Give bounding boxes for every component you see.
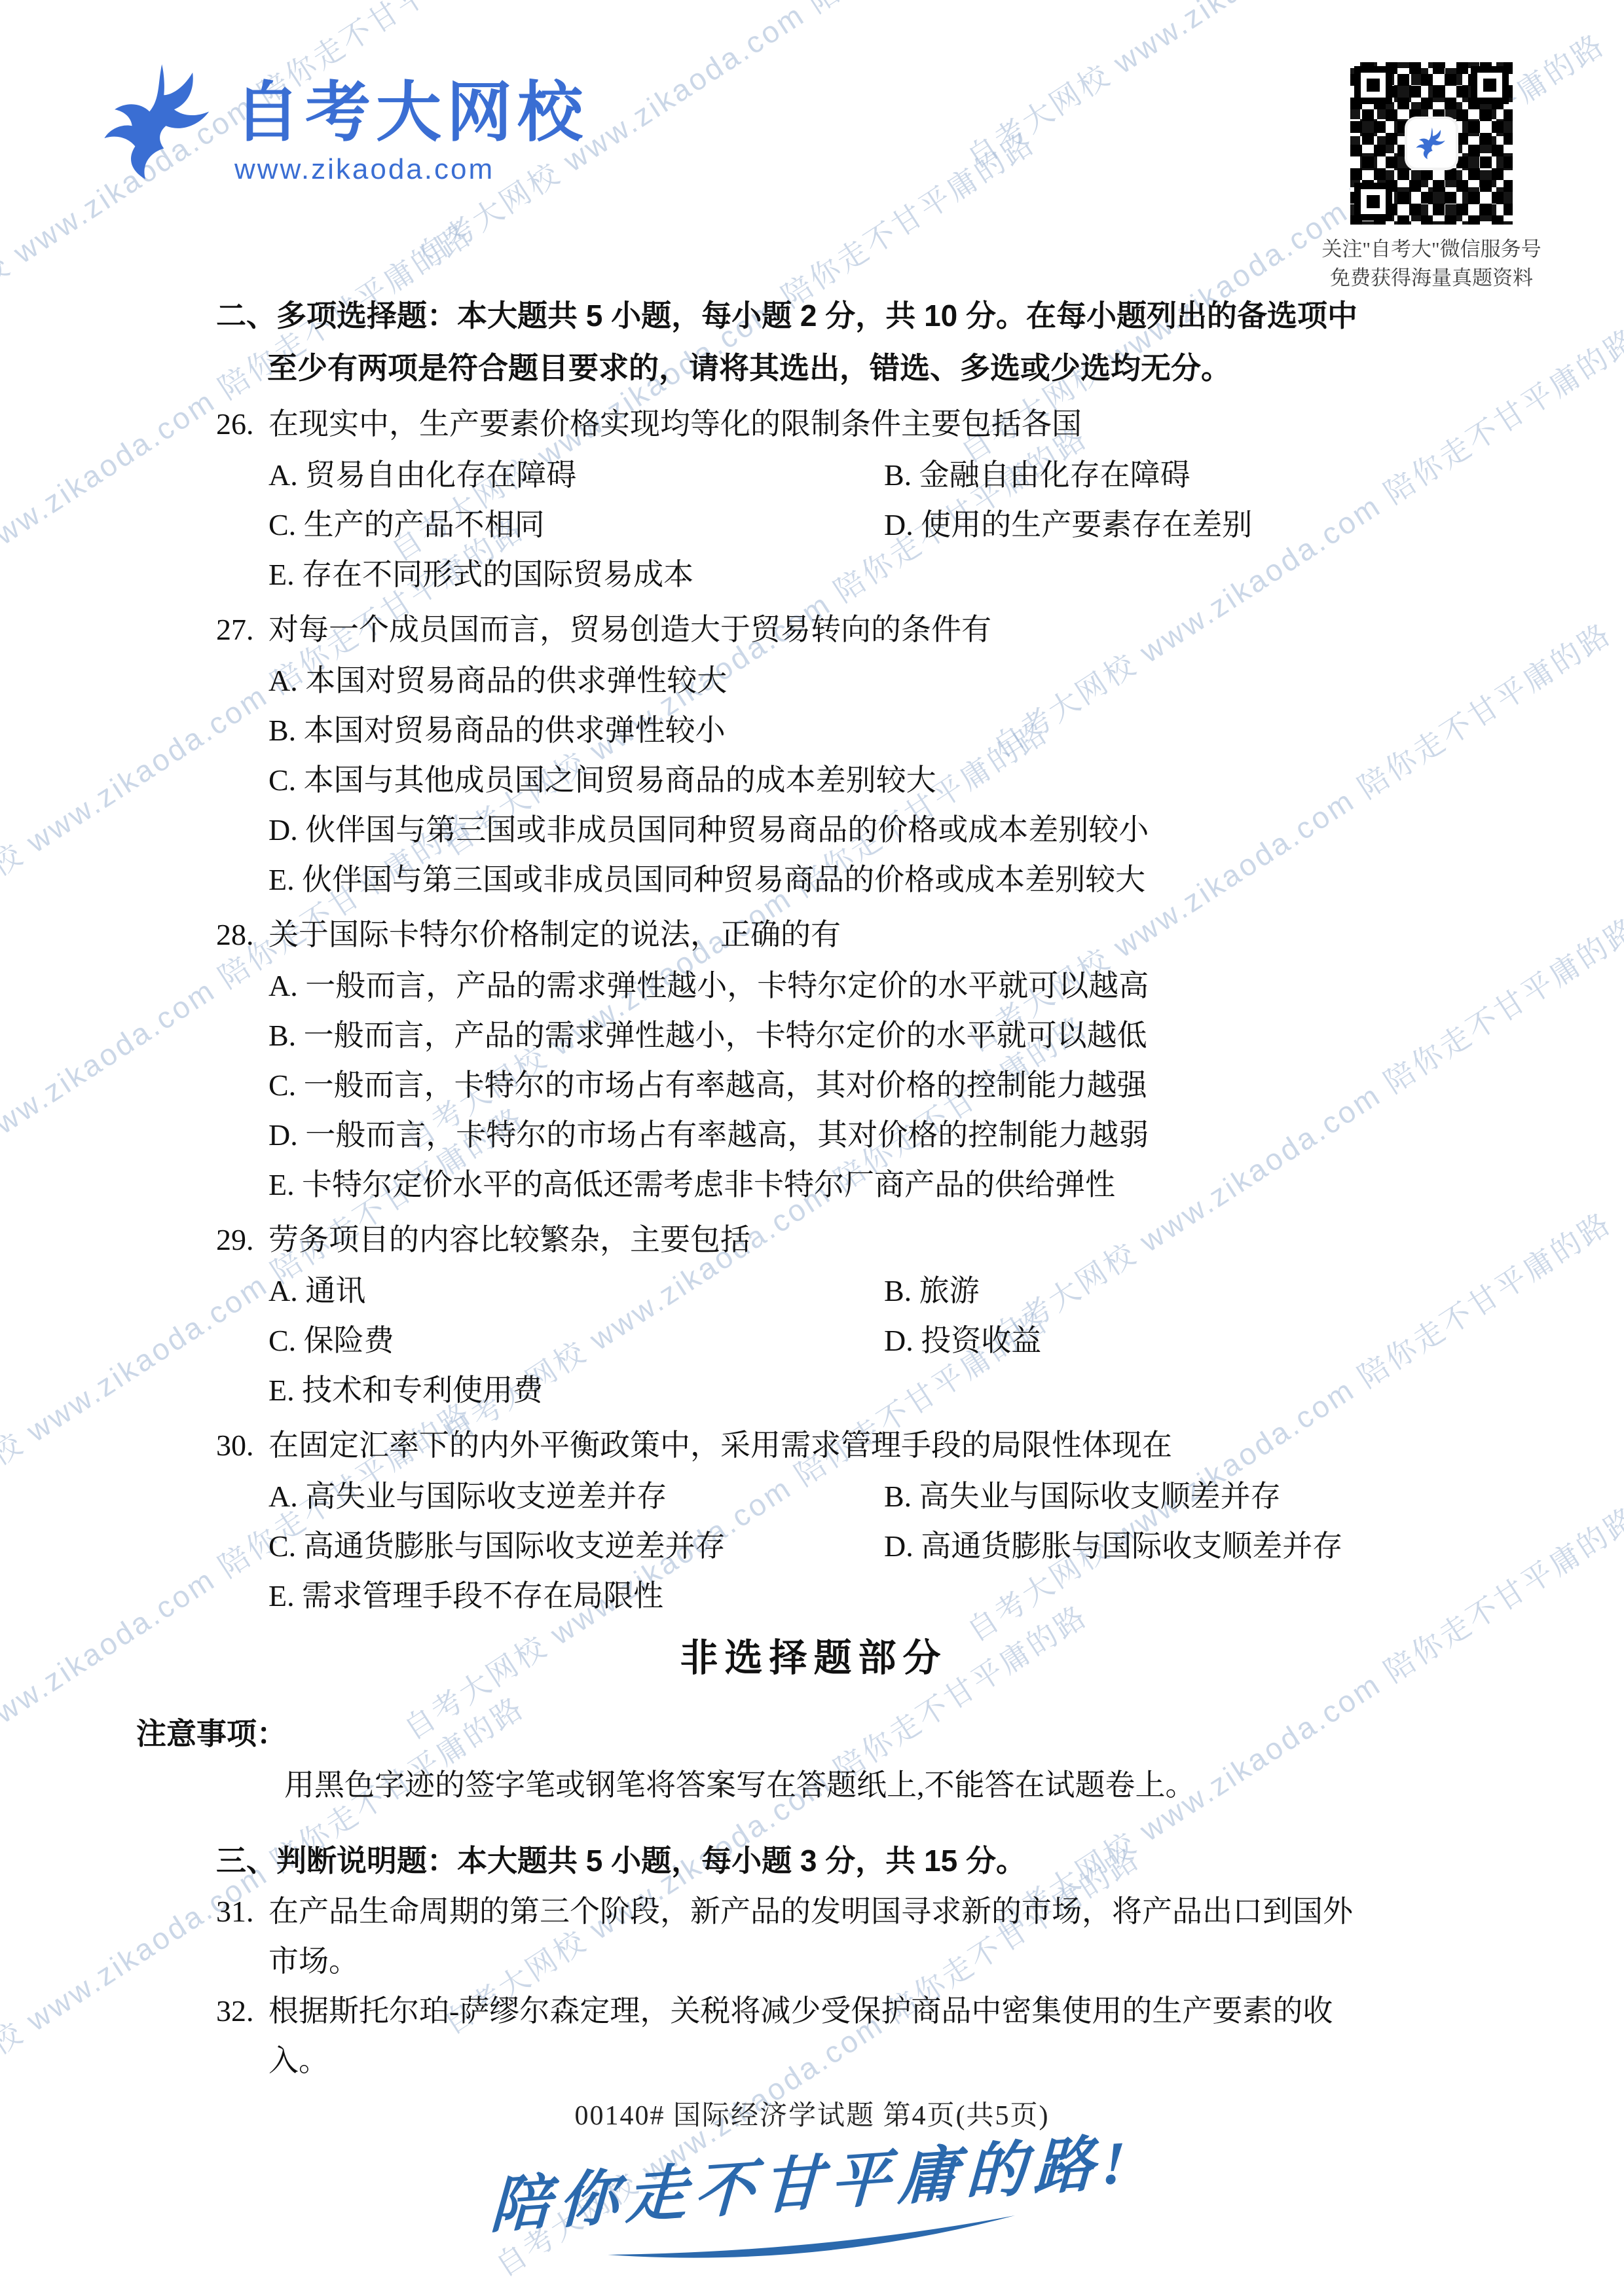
option-row: A. 本国对贸易商品的供求弹性较大 — [216, 656, 1411, 706]
option-30-c: C. 高通货膨胀与国际收支逆差并存 — [268, 1529, 726, 1563]
question-31-line2: 市场。 — [216, 1937, 1411, 1986]
non-choice-section-title: 非选择题部分 — [216, 1638, 1411, 1679]
qr-code — [1350, 62, 1513, 225]
qr-finder-icon — [1471, 66, 1509, 104]
question-26-stem: 26.在现实中，生产要素价格实现均等化的限制条件主要包括各国 — [216, 398, 1411, 450]
option-30-a: A. 高失业与国际收支逆差并存 — [268, 1480, 667, 1513]
option-30-d: D. 高通货膨胀与国际收支顺差并存 — [884, 1522, 1342, 1571]
exam-page: 自考大网校 www.zikaoda.com 陪你走不甘平庸的路 自考大网校 ww… — [0, 0, 1624, 2296]
question-number: 27. — [216, 604, 268, 656]
question-stem-text: 关于国际卡特尔价格制定的说法，正确的有 — [268, 918, 841, 951]
question-stem-text: 在现实中，生产要素价格实现均等化的限制条件主要包括各国 — [268, 407, 1082, 441]
option-row: C. 本国与其他成员国之间贸易商品的成本差别较大 — [216, 756, 1411, 805]
option-row: C. 生产的产品不相同 D. 使用的生产要素存在差别 — [216, 500, 1411, 550]
question-number: 30. — [216, 1419, 268, 1472]
brand-text-block: 自考大网校 www.zikaoda.com — [234, 60, 588, 186]
option-29-e: E. 技术和专利使用费 — [268, 1374, 543, 1407]
option-27-e: E. 伙伴国与第三国或非成员国同种贸易商品的价格或成本差别较大 — [268, 863, 1145, 896]
brand-name: 自考大网校 — [234, 80, 588, 145]
question-stem-text: 根据斯托尔珀-萨缪尔森定理，关税将减少受保护商品中密集使用的生产要素的收 — [268, 1994, 1333, 2028]
qr-finder-icon — [1354, 66, 1392, 104]
section3-heading: 三、判断说明题：本大题共 5 小题，每小题 3 分，共 15 分。 — [216, 1834, 1411, 1887]
question-28-stem: 28.关于国际卡特尔价格制定的说法，正确的有 — [216, 909, 1411, 961]
option-row: E. 技术和专利使用费 — [216, 1366, 1411, 1415]
option-row: B. 本国对贸易商品的供求弹性较小 — [216, 706, 1411, 756]
option-row: A. 贸易自由化存在障碍 B. 金融自由化存在障碍 — [216, 450, 1411, 500]
option-row: B. 一般而言，产品的需求弹性越小，卡特尔定价的水平就可以越低 — [216, 1011, 1411, 1061]
option-row: C. 保险费 D. 投资收益 — [216, 1316, 1411, 1366]
option-30-b: B. 高失业与国际收支顺差并存 — [884, 1472, 1281, 1522]
question-28: 28.关于国际卡特尔价格制定的说法，正确的有 A. 一般而言，产品的需求弹性越小… — [216, 909, 1411, 1210]
question-32-line2: 入。 — [216, 2036, 1411, 2086]
option-row: E. 存在不同形式的国际贸易成本 — [216, 550, 1411, 600]
brand-logo: 自考大网校 www.zikaoda.com — [98, 60, 588, 187]
option-row: E. 卡特尔定价水平的高低还需考虑非卡特尔厂商产品的供给弹性 — [216, 1160, 1411, 1210]
question-30-stem: 30.在固定汇率下的内外平衡政策中，采用需求管理手段的局限性体现在 — [216, 1419, 1411, 1472]
question-26: 26.在现实中，生产要素价格实现均等化的限制条件主要包括各国 A. 贸易自由化存… — [216, 398, 1411, 600]
qr-caption: 关注"自考大"微信服务号 免费获得海量真题资料 — [1281, 235, 1582, 293]
question-29: 29.劳务项目的内容比较繁杂，主要包括 A. 通讯 B. 旅游 C. 保险费 D… — [216, 1214, 1411, 1415]
bird-logo-icon — [98, 60, 221, 187]
option-row: C. 一般而言，卡特尔的市场占有率越高，其对价格的控制能力越强 — [216, 1061, 1411, 1110]
option-27-d: D. 伙伴国与第三国或非成员国同种贸易商品的价格或成本差别较小 — [268, 813, 1149, 847]
option-29-c: C. 保险费 — [268, 1324, 394, 1357]
question-stem-text: 对每一个成员国而言，贸易创造大于贸易转向的条件有 — [268, 613, 991, 646]
question-number: 26. — [216, 398, 268, 450]
brand-website: www.zikaoda.com — [234, 153, 588, 186]
question-30: 30.在固定汇率下的内外平衡政策中，采用需求管理手段的局限性体现在 A. 高失业… — [216, 1419, 1411, 1621]
question-number: 32. — [216, 1986, 268, 2036]
option-26-e: E. 存在不同形式的国际贸易成本 — [268, 558, 693, 591]
question-number: 31. — [216, 1887, 268, 1937]
option-26-b: B. 金融自由化存在障碍 — [884, 450, 1190, 500]
option-27-a: A. 本国对贸易商品的供求弹性较大 — [268, 664, 727, 697]
question-32-line1: 32.根据斯托尔珀-萨缪尔森定理，关税将减少受保护商品中密集使用的生产要素的收 — [216, 1986, 1411, 2036]
option-row: A. 一般而言，产品的需求弹性越小，卡特尔定价的水平就可以越高 — [216, 961, 1411, 1011]
question-number: 29. — [216, 1214, 268, 1266]
option-26-c: C. 生产的产品不相同 — [268, 508, 545, 541]
qr-center-logo — [1407, 119, 1456, 168]
question-32: 32.根据斯托尔珀-萨缪尔森定理，关税将减少受保护商品中密集使用的生产要素的收 … — [216, 1986, 1411, 2086]
option-29-d: D. 投资收益 — [884, 1316, 1041, 1366]
option-26-d: D. 使用的生产要素存在差别 — [884, 500, 1252, 550]
option-27-b: B. 本国对贸易商品的供求弹性较小 — [268, 714, 726, 747]
question-stem-text: 劳务项目的内容比较繁杂，主要包括 — [268, 1223, 750, 1256]
notes-body: 用黑色字迹的签字笔或钢笔将答案写在答题纸上,不能答在试题卷上。 — [216, 1760, 1411, 1811]
option-29-a: A. 通讯 — [268, 1274, 365, 1307]
option-row: E. 伙伴国与第三国或非成员国同种贸易商品的价格或成本差别较大 — [216, 855, 1411, 905]
option-row: D. 一般而言，卡特尔的市场占有率越高，其对价格的控制能力越弱 — [216, 1110, 1411, 1160]
question-27-stem: 27.对每一个成员国而言，贸易创造大于贸易转向的条件有 — [216, 604, 1411, 656]
qr-caption-line2: 免费获得海量真题资料 — [1281, 264, 1582, 293]
option-row: A. 高失业与国际收支逆差并存 B. 高失业与国际收支顺差并存 — [216, 1472, 1411, 1522]
option-row: C. 高通货膨胀与国际收支逆差并存 D. 高通货膨胀与国际收支顺差并存 — [216, 1522, 1411, 1571]
question-stem-text: 在固定汇率下的内外平衡政策中，采用需求管理手段的局限性体现在 — [268, 1429, 1172, 1462]
page-footer: 00140# 国际经济学试题 第4页(共5页) — [0, 2094, 1624, 2133]
question-31: 31.在产品生命周期的第三个阶段，新产品的发明国寻求新的市场，将产品出口到国外 … — [216, 1887, 1411, 1986]
question-31-line1: 31.在产品生命周期的第三个阶段，新产品的发明国寻求新的市场，将产品出口到国外 — [216, 1887, 1411, 1937]
question-29-stem: 29.劳务项目的内容比较繁杂，主要包括 — [216, 1214, 1411, 1266]
notes-title: 注意事项： — [136, 1707, 1411, 1760]
option-row: E. 需求管理手段不存在局限性 — [216, 1571, 1411, 1621]
qr-block: 关注"自考大"微信服务号 免费获得海量真题资料 — [1350, 62, 1514, 293]
question-number: 28. — [216, 909, 268, 961]
option-26-a: A. 贸易自由化存在障碍 — [268, 458, 576, 492]
option-28-a: A. 一般而言，产品的需求弹性越小，卡特尔定价的水平就可以越高 — [268, 969, 1149, 1002]
option-28-c: C. 一般而言，卡特尔的市场占有率越高，其对价格的控制能力越强 — [268, 1068, 1147, 1102]
slogan-block: 陪你走不甘平庸的路! — [0, 2136, 1624, 2267]
exam-content: 二、多项选择题：本大题共 5 小题，每小题 2 分，共 10 分。在每小题列出的… — [216, 289, 1411, 2086]
question-stem-text: 在产品生命周期的第三个阶段，新产品的发明国寻求新的市场，将产品出口到国外 — [268, 1895, 1353, 1928]
option-row: A. 通讯 B. 旅游 — [216, 1266, 1411, 1316]
option-row: D. 伙伴国与第三国或非成员国同种贸易商品的价格或成本差别较小 — [216, 805, 1411, 855]
question-27: 27.对每一个成员国而言，贸易创造大于贸易转向的条件有 A. 本国对贸易商品的供… — [216, 604, 1411, 905]
option-30-e: E. 需求管理手段不存在局限性 — [268, 1579, 663, 1613]
watermark-text: 自考大网校 www.zikaoda.com 陪你走不甘平庸的路 — [957, 0, 1619, 177]
option-28-d: D. 一般而言，卡特尔的市场占有率越高，其对价格的控制能力越弱 — [268, 1118, 1149, 1152]
option-29-b: B. 旅游 — [884, 1266, 980, 1316]
option-28-e: E. 卡特尔定价水平的高低还需考虑非卡特尔厂商产品的供给弹性 — [268, 1168, 1115, 1201]
option-27-c: C. 本国与其他成员国之间贸易商品的成本差别较大 — [268, 763, 936, 797]
section2-heading-line2: 至少有两项是符合题目要求的，请将其选出，错选、多选或少选均无分。 — [216, 342, 1411, 394]
qr-caption-line1: 关注"自考大"微信服务号 — [1281, 235, 1582, 264]
qr-finder-icon — [1354, 183, 1392, 221]
option-28-b: B. 一般而言，产品的需求弹性越小，卡特尔定价的水平就可以越低 — [268, 1019, 1147, 1052]
section2-heading-line1: 二、多项选择题：本大题共 5 小题，每小题 2 分，共 10 分。在每小题列出的… — [216, 289, 1411, 342]
